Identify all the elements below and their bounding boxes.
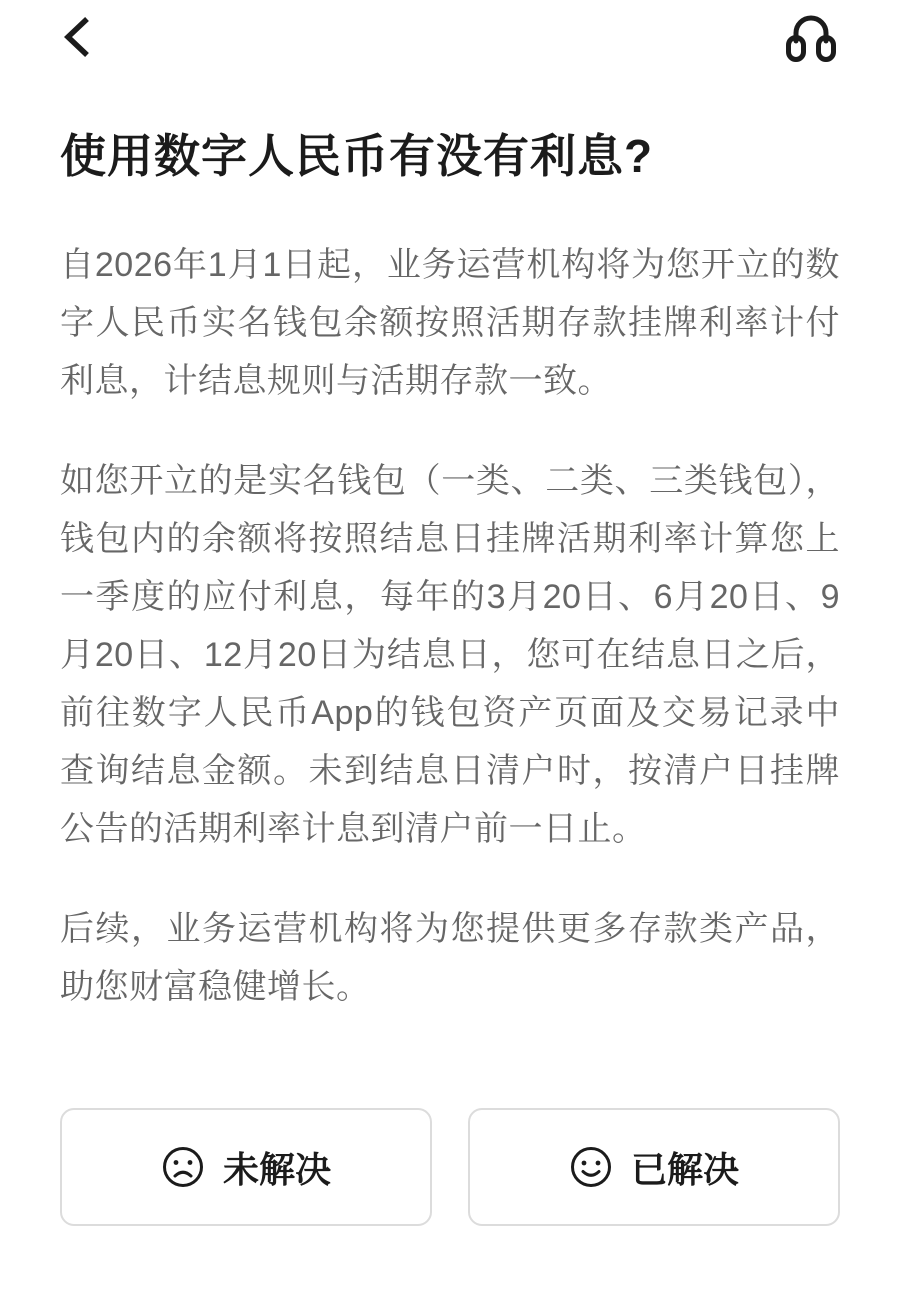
- unresolved-button-label: 未解决: [223, 1142, 331, 1193]
- smile-face-icon: [569, 1145, 613, 1189]
- faq-article-page: 使用数字人民币有没有利息? 自2026年1月1日起，业务运营机构将为您开立的数字…: [0, 0, 900, 1289]
- page-title: 使用数字人民币有没有利息?: [60, 128, 840, 184]
- resolved-button-label: 已解决: [631, 1142, 739, 1193]
- unresolved-button[interactable]: 未解决: [60, 1108, 432, 1226]
- sad-face-icon: [161, 1145, 205, 1189]
- paragraph-interest-rule: 自2026年1月1日起，业务运营机构将为您开立的数字人民币实名钱包余额按照活期存…: [60, 236, 840, 410]
- audio-read-button[interactable]: [782, 11, 840, 63]
- paragraph-future-products: 后续，业务运营机构将为您提供更多存款类产品，助您财富稳健增长。: [60, 900, 840, 1016]
- back-button[interactable]: [60, 14, 94, 60]
- chevron-left-icon: [60, 14, 94, 60]
- paragraph-settlement-dates: 如您开立的是实名钱包（一类、二类、三类钱包），钱包内的余额将按照结息日挂牌活期利…: [60, 452, 840, 858]
- resolved-button[interactable]: 已解决: [468, 1108, 840, 1226]
- headphones-icon: [782, 11, 840, 63]
- top-navigation-bar: [60, 12, 840, 62]
- article-body: 自2026年1月1日起，业务运营机构将为您开立的数字人民币实名钱包余额按照活期存…: [60, 236, 840, 1016]
- feedback-buttons: 未解决 已解决: [60, 1108, 840, 1226]
